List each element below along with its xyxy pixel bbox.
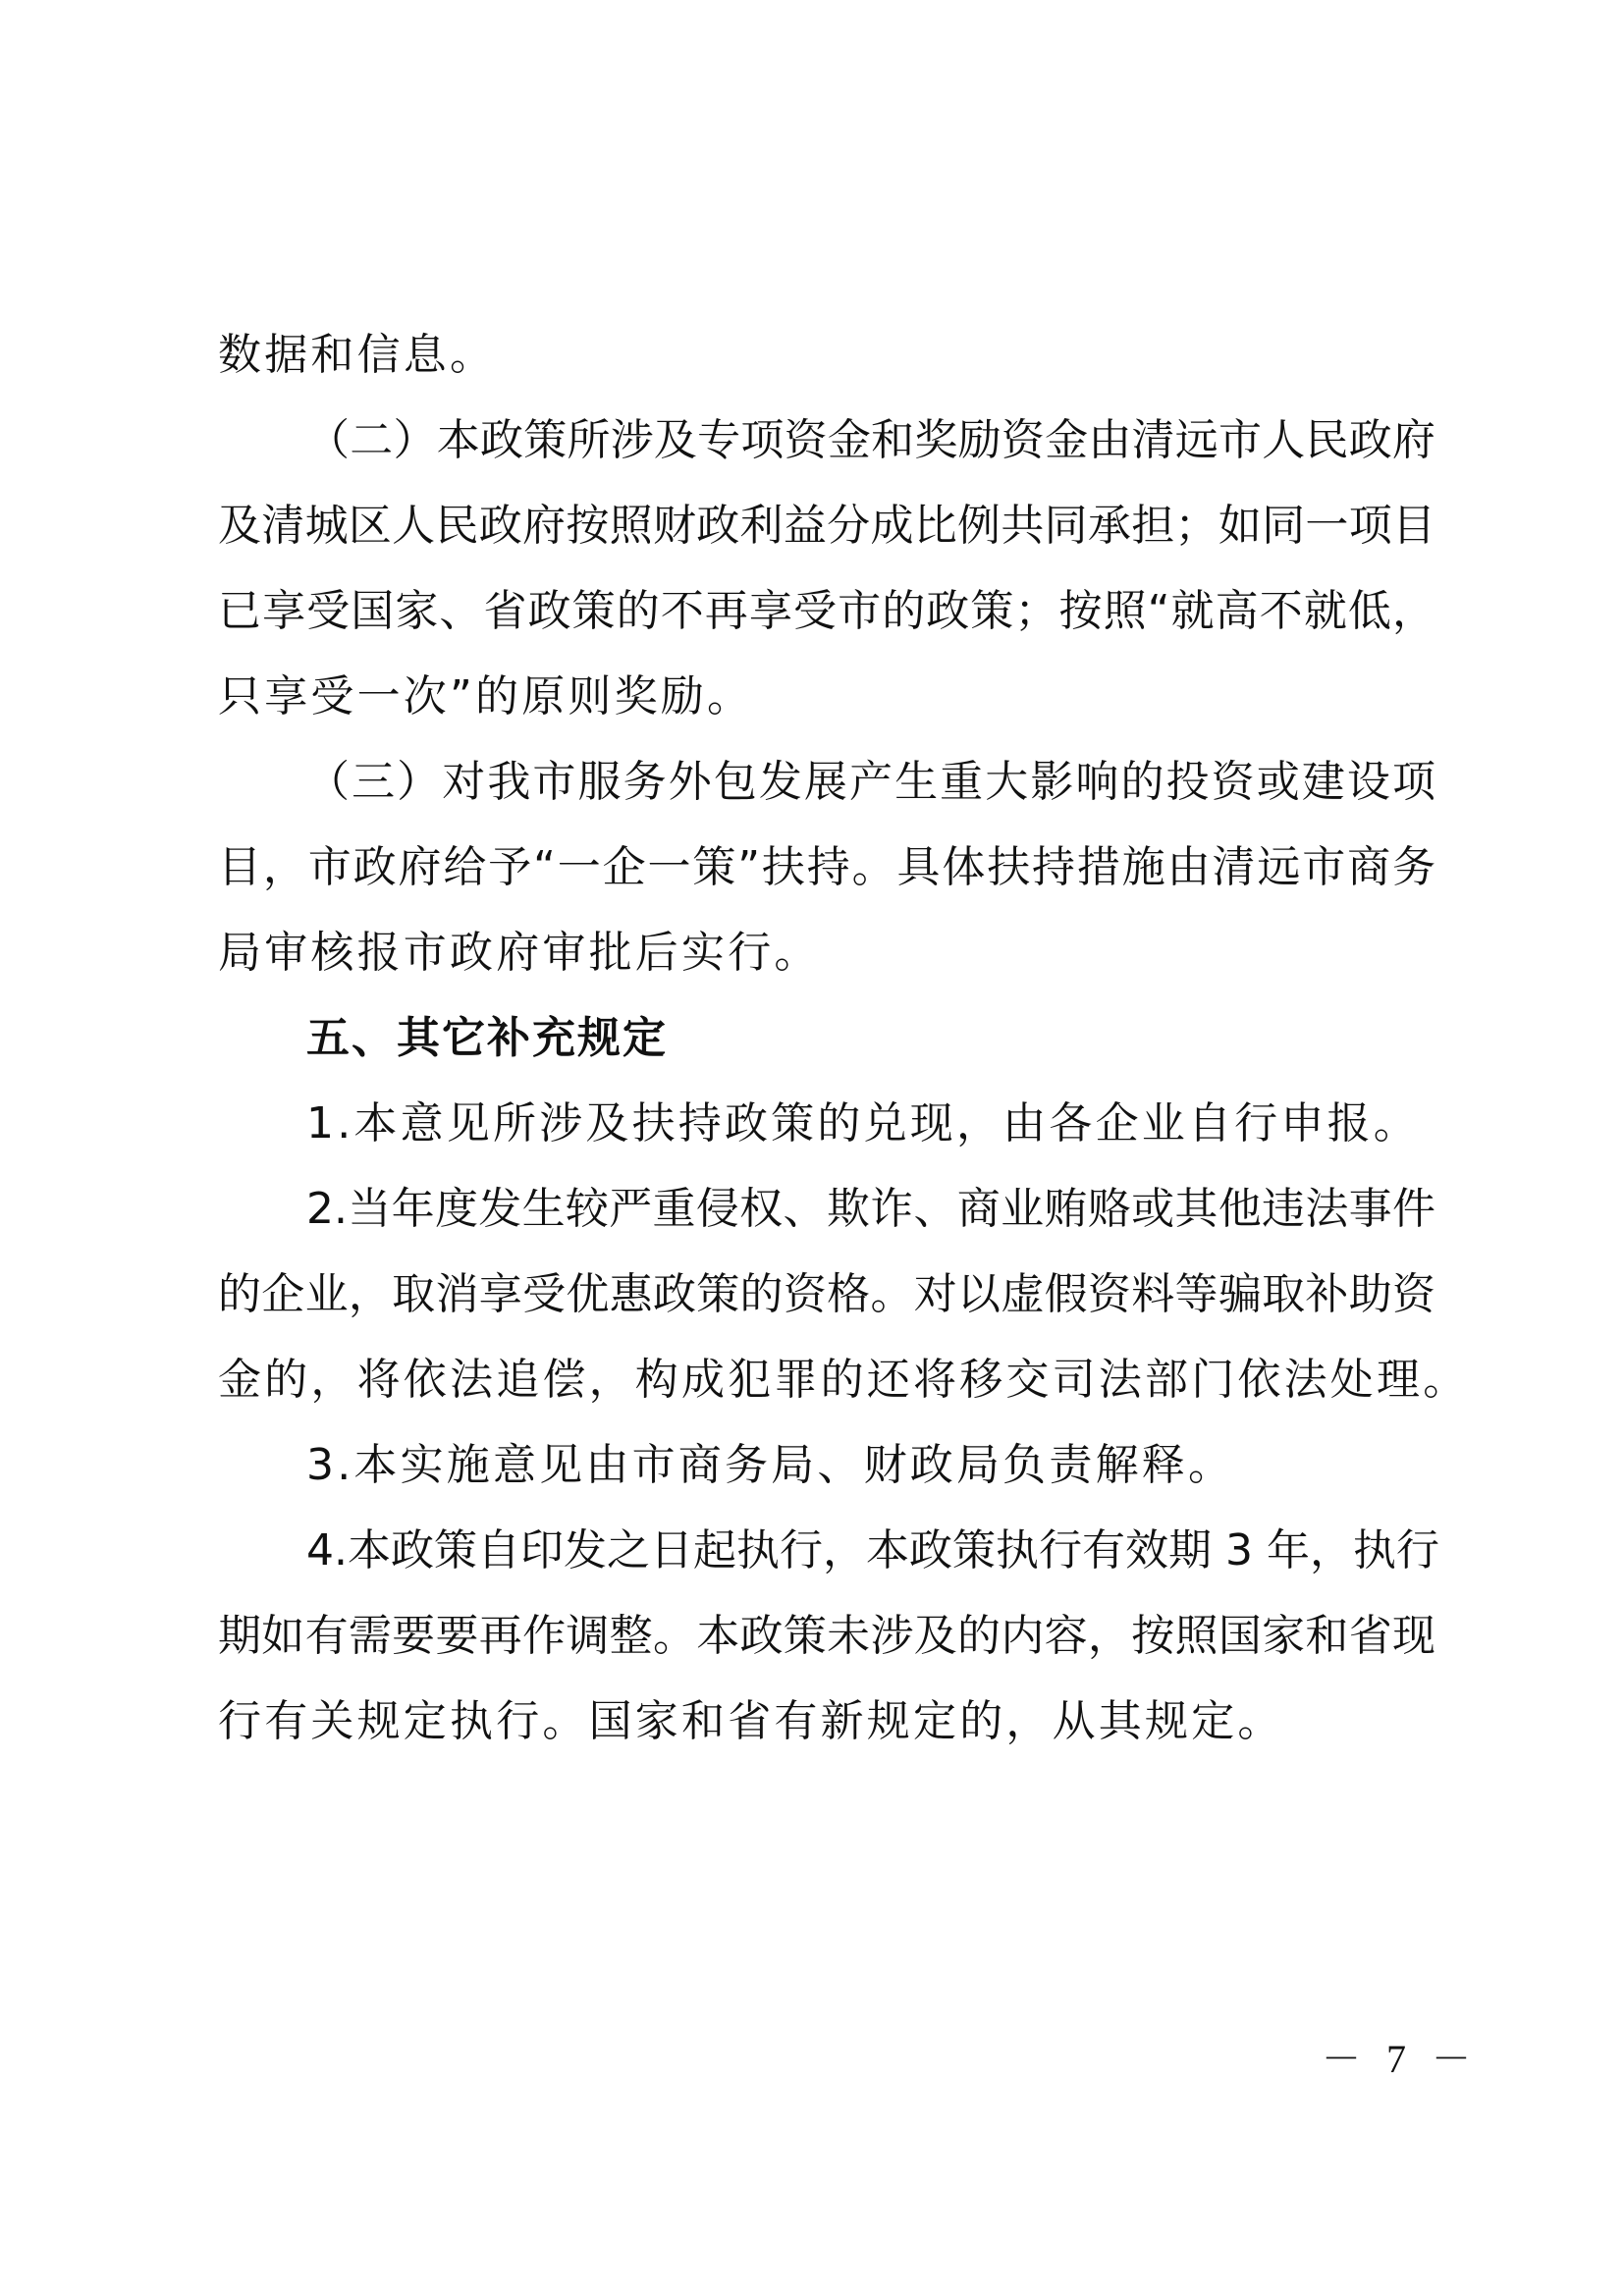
document-page: 数据和信息。 （二）本政策所涉及专项资金和奖励资金由清远市人民政府 及清城区人民…	[0, 0, 1624, 2296]
clause-2-line-3: 已享受国家、省政策的不再享受市的政策；按照“就高不就低，	[218, 568, 1435, 654]
clause-3-line-2: 目，市政府给予“一企一策”扶持。具体扶持措施由清远市商务	[218, 825, 1435, 910]
item-2-line-2: 的企业，取消享受优惠政策的资格。对以虚假资料等骗取补助资	[218, 1252, 1435, 1337]
item-3-line-1: 3.本实施意见由市商务局、财政局负责解释。	[218, 1422, 1435, 1508]
clause-2-line-2: 及清城区人民政府按照财政利益分成比例共同承担；如同一项目	[218, 483, 1435, 568]
item-1-line-1: 1.本意见所涉及扶持政策的兑现，由各企业自行申报。	[218, 1081, 1435, 1166]
clause-3-line-1: （三）对我市服务外包发展产生重大影响的投资或建设项	[218, 739, 1435, 825]
clause-2-line-1: （二）本政策所涉及专项资金和奖励资金由清远市人民政府	[218, 398, 1435, 483]
paragraph-line: 数据和信息。	[218, 312, 1435, 398]
section-heading: 五、其它补充规定	[218, 995, 1435, 1081]
document-body: 数据和信息。 （二）本政策所涉及专项资金和奖励资金由清远市人民政府 及清城区人民…	[218, 312, 1435, 1764]
item-2-line-1: 2.当年度发生较严重侵权、欺诈、商业贿赂或其他违法事件	[218, 1166, 1435, 1252]
item-4-line-1: 4.本政策自印发之日起执行，本政策执行有效期 3 年，执行	[218, 1508, 1435, 1593]
item-2-line-3: 金的，将依法追偿，构成犯罪的还将移交司法部门依法处理。	[218, 1337, 1435, 1422]
page-number: － 7 －	[1322, 2030, 1479, 2089]
item-4-line-3: 行有关规定执行。国家和省有新规定的，从其规定。	[218, 1679, 1435, 1764]
clause-2-line-4: 只享受一次”的原则奖励。	[218, 654, 1435, 739]
item-4-line-2: 期如有需要要再作调整。本政策未涉及的内容，按照国家和省现	[218, 1593, 1435, 1679]
clause-3-line-3: 局审核报市政府审批后实行。	[218, 910, 1435, 995]
